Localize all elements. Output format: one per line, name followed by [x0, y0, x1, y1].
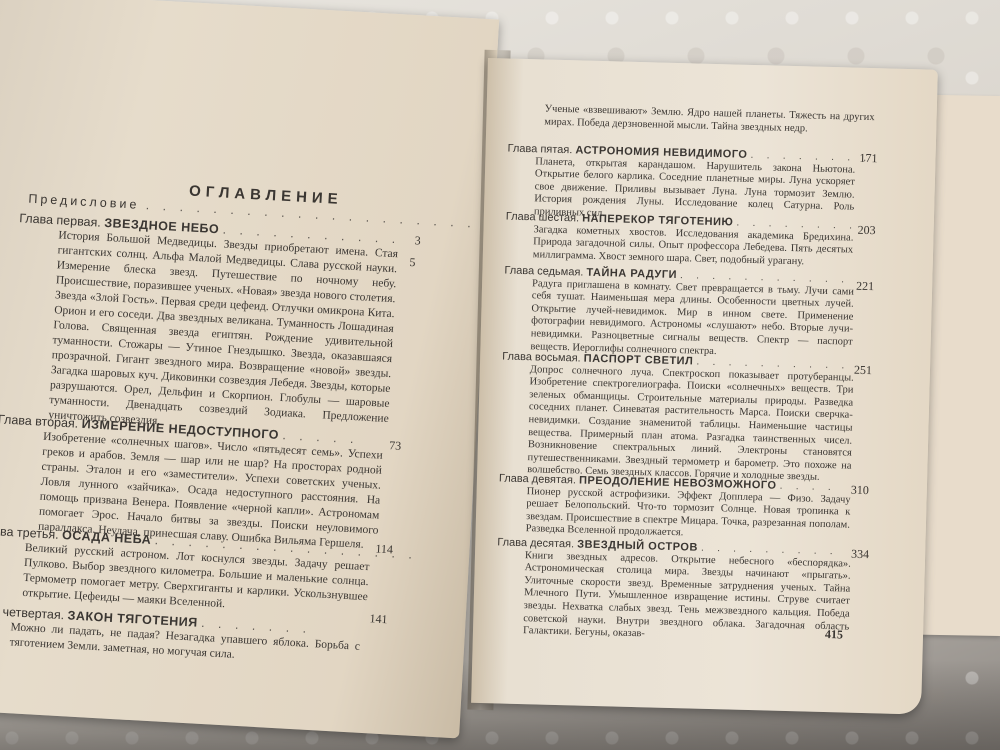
page-number-footer: 415 [825, 627, 843, 642]
chapter-label: Глава первая. [19, 211, 101, 230]
left-page: ОГЛАВЛЕНИЕ Предисловие . . . . . . . . .… [0, 0, 499, 738]
chapter-description: История Большой Медведицы. Звезды приобр… [48, 228, 398, 442]
page-number: 5 [409, 255, 416, 270]
chapter-label: Глава восьмая. [502, 350, 581, 364]
chapter-description: Книги звездных адресов. Открытие небесно… [523, 550, 851, 647]
page-number: 141 [369, 611, 388, 627]
toc-entry-chapter-9[interactable]: Глава девятая. ПРЕОДОЛЕНИЕ НЕВОЗМОЖНОГО … [498, 472, 870, 545]
page-number: 310 [851, 484, 869, 497]
page-number: 221 [856, 280, 874, 293]
toc-entry-chapter-10[interactable]: Глава десятая. ЗВЕЗДНЫЙ ОСТРОВ . . . . .… [495, 536, 868, 646]
chapter-description: Радуга приглашена в комнату. Свет превра… [530, 278, 854, 362]
chapter-continuation: Ученые «взвешивают» Землю. Ядро нашей пл… [544, 104, 875, 138]
chapter-label: Глава пятая. [507, 143, 572, 157]
chapter-label: Глава четвертая. [0, 603, 65, 623]
toc-entry-chapter-7[interactable]: Глава седьмая. ТАЙНА РАДУГИ . . . . . . … [502, 265, 874, 363]
page-number: 73 [389, 438, 402, 454]
right-page: Ученые «взвешивают» Землю. Ядро нашей пл… [471, 58, 938, 715]
chapter-description: Пионер русской астрофизики. Эффект Доппл… [525, 486, 850, 545]
page-number: 251 [854, 364, 872, 377]
page-number: 114 [375, 542, 393, 558]
chapter-title: ТАЙНА РАДУГИ [586, 267, 677, 281]
chapter-label: Глава шестая. [506, 211, 580, 225]
toc-entry-chapter-6[interactable]: Глава шестая. НАПЕРЕКОР ТЯГОТЕНИЮ . . . … [505, 211, 876, 271]
leader-dots: . . . . [779, 480, 836, 493]
toc-entry-chapter-1[interactable]: Глава первая. ЗВЕЗДНОЕ НЕБО . . . . . . … [8, 211, 419, 443]
chapter-description: Загадка кометных хвостов. Исследования а… [533, 224, 854, 270]
page-number: 334 [851, 548, 869, 561]
page-number: 203 [857, 224, 875, 237]
chapter-label: Глава седьмая. [504, 265, 583, 279]
toc-entry-chapter-8[interactable]: Глава восьмая. ПАСПОРТ СВЕТИЛ . . . . . … [499, 350, 872, 486]
preface-label: Предисловие [28, 192, 140, 212]
chapter-label: Глава девятая. [499, 472, 576, 486]
chapter-description: Допрос солнечного луча. Спектроскоп пока… [527, 364, 854, 486]
chapter-label: Глава десятая. [497, 536, 574, 550]
page-number: 171 [859, 152, 877, 165]
